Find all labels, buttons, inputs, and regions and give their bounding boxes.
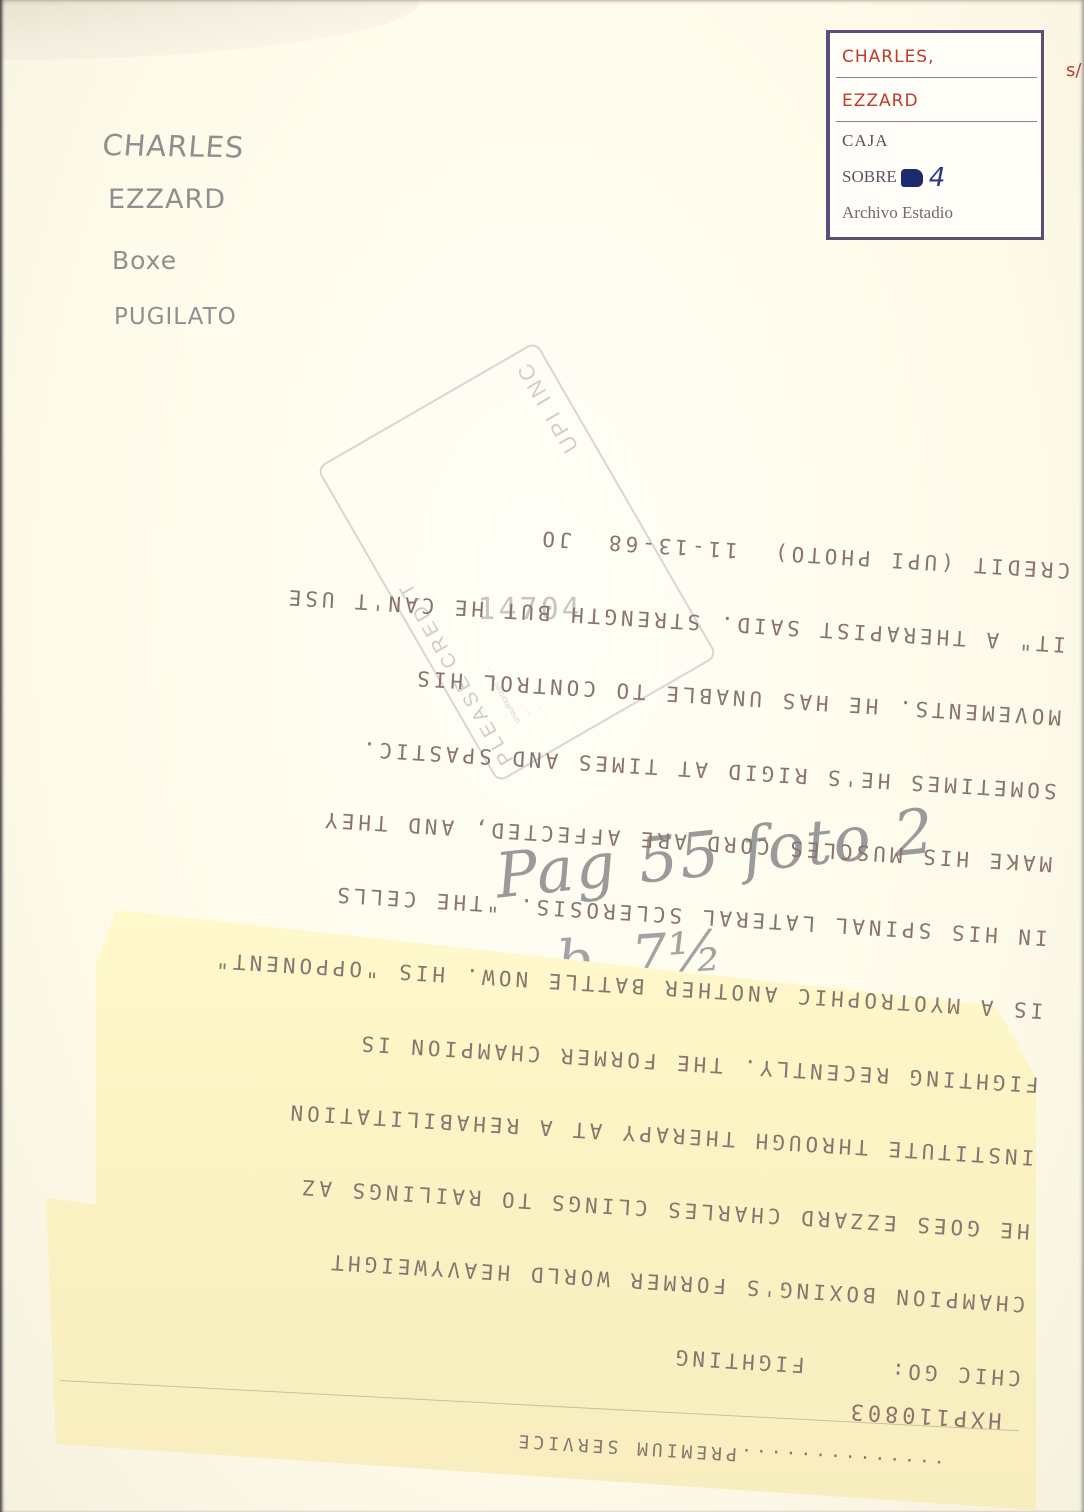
caption-line: CREDIT (UPI PHOTO) 11-13-68 JO	[191, 505, 1071, 583]
paper-corner-curl	[0, 0, 420, 60]
caption-line: MOVEMENTS. HE HAS UNABLE TO CONTROL HIS	[182, 652, 1062, 730]
photo-back-page: CHARLES EZZARD Boxe PUGILATO CHARLES, EZ…	[0, 0, 1084, 1512]
caption-line: SOMETIMES HE'S RIGID AT TIMES AND SPASTI…	[177, 725, 1057, 803]
pencil-note-category: PUGILATO	[114, 304, 237, 330]
archive-stamp: CHARLES, EZZARD CAJA SOBRE4 Archivo Esta…	[826, 30, 1044, 240]
caption-line: HE GOES EZZARD CHARLES CLINGS TO RAILING…	[151, 1165, 1031, 1243]
pencil-note-given-name: EZZARD	[108, 184, 226, 215]
caption-line: FIGHTING RECENTLY. THE FORMER CHAMPION I…	[160, 1019, 1040, 1097]
service-line: ..............PREMIUM SERVICE	[514, 1430, 945, 1477]
stamp-caja-label: CAJA	[842, 131, 1035, 151]
stamp-sobre-row: SOBRE4	[842, 163, 1035, 193]
caption-line: IS A MYOTROPHIC ANOTHER BATTLE NOW. HIS …	[164, 945, 1044, 1023]
pencil-note-sport: Boxe	[112, 246, 177, 275]
stamp-archive-name: Archivo Estadio	[842, 203, 1035, 223]
caption-line: MAKE HIS MUSCLES CORD ARE AFFECTED, AND …	[173, 798, 1053, 876]
stamp-divider	[836, 77, 1037, 78]
stamp-given-name: EZZARD	[842, 91, 1035, 111]
margin-note: s/	[1066, 60, 1081, 81]
caption-line: CHAMPION BOXING'S FORMER WORLD HEAVYWEIG…	[146, 1239, 1026, 1317]
stamp-sobre-value: 4	[929, 163, 946, 193]
caption-line: INSTITUTE THROUGH THERAPY AT A REHABILIT…	[155, 1092, 1035, 1170]
caption-line: IT" A THERAPIST SAID. STRENGTH BUT HE CA…	[186, 578, 1066, 656]
pencil-note-surname: CHARLES	[101, 128, 246, 164]
caption-text: CHIC GO: FIGHTING CHAMPION BOXING'S FORM…	[139, 456, 1074, 1439]
stamp-divider	[836, 121, 1037, 122]
stamp-sobre-label: SOBRE	[842, 167, 897, 186]
stamp-surname: CHARLES,	[842, 47, 1035, 67]
ink-blot-icon	[901, 169, 923, 187]
caption-line: IN HIS SPINAL LATERAL SCLEROSIS. "THE CE…	[169, 872, 1049, 950]
caption-code: HXP110803	[202, 1359, 1002, 1433]
